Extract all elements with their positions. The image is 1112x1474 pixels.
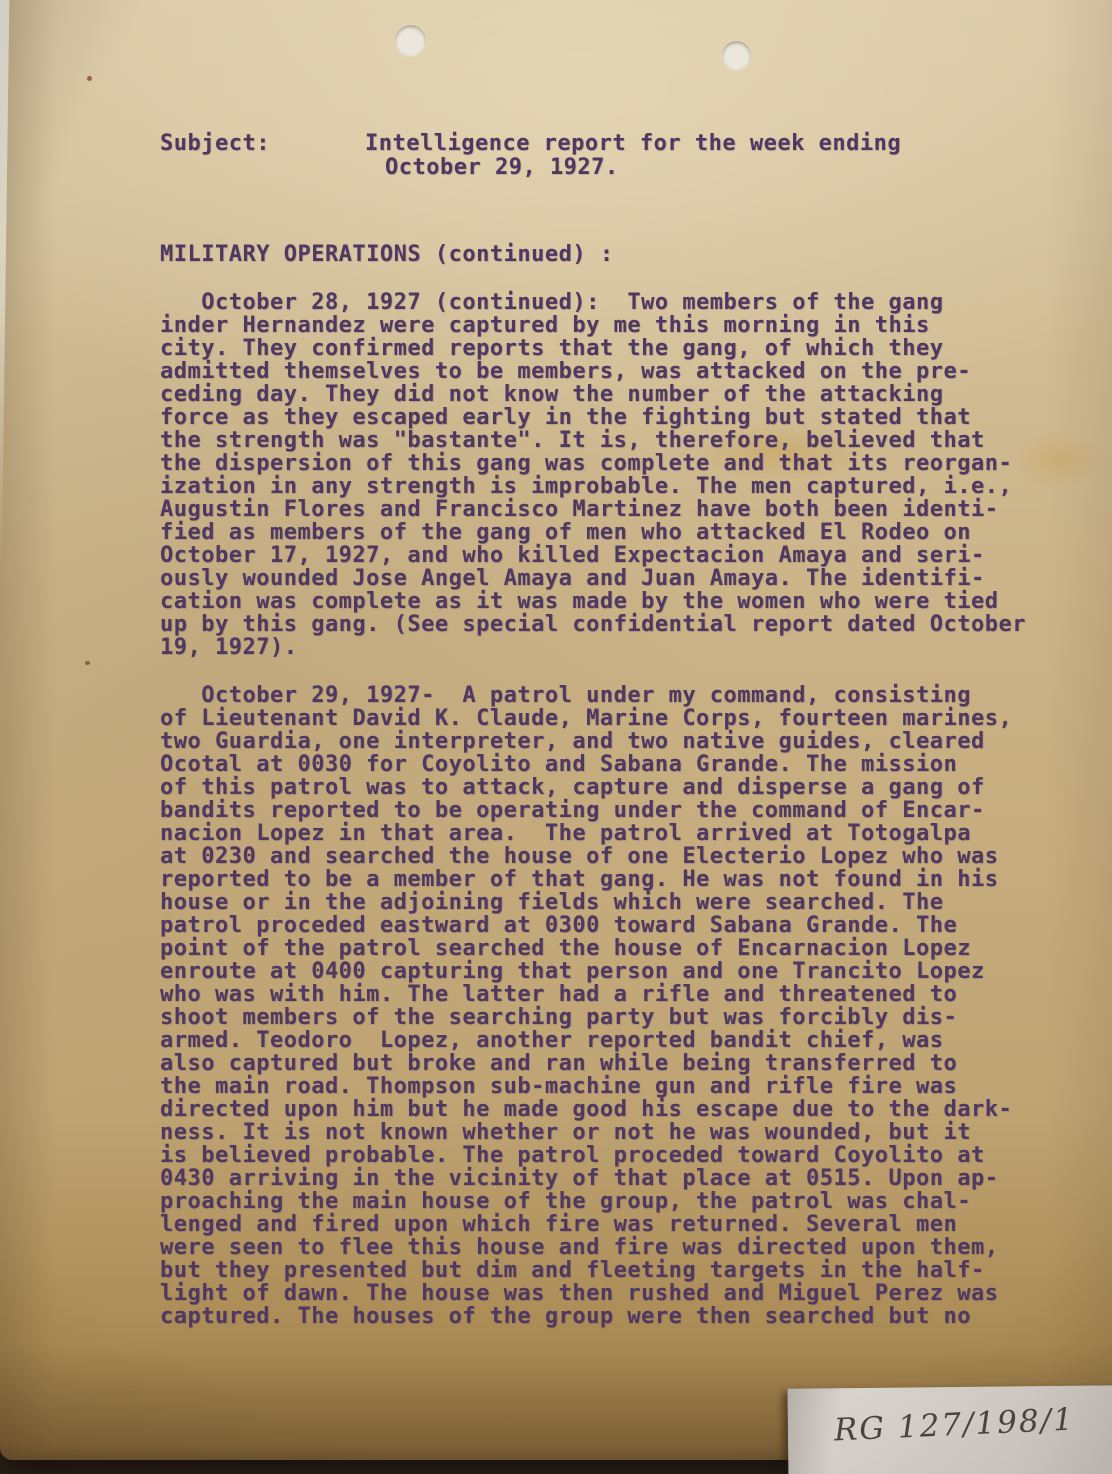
page-corner-edge	[0, 0, 18, 560]
typed-line: ness. It is not known whether or not he …	[160, 1121, 1012, 1144]
typed-line: ously wounded Jose Angel Amaya and Juan …	[160, 567, 1026, 590]
paper-sheet: Subject: Intelligence report for the wee…	[0, 0, 1112, 1460]
typed-line: directed upon him but he made good his e…	[160, 1098, 1012, 1121]
typed-line: Ocotal at 0030 for Coyolito and Sabana G…	[160, 753, 1012, 776]
typed-line: were seen to flee this house and fire wa…	[160, 1236, 1012, 1259]
typed-line: the strength was "bastante". It is, ther…	[160, 429, 1026, 452]
archive-tag-text: RG 127/198/1	[833, 1402, 1075, 1449]
typed-line: bandits reported to be operating under t…	[160, 799, 1012, 822]
section-heading: MILITARY OPERATIONS (continued) :	[160, 243, 614, 266]
ink-speck	[85, 661, 90, 665]
subject-text-line-1: Intelligence report for the week ending	[365, 132, 901, 155]
typed-line: the main road. Thompson sub-machine gun …	[160, 1075, 1012, 1098]
typed-line: ization in any strength is improbable. T…	[160, 475, 1026, 498]
typed-line: October 28, 1927 (continued): Two member…	[160, 291, 1026, 314]
subject-label: Subject:	[160, 132, 270, 155]
typed-line: patrol proceded eastward at 0300 toward …	[160, 914, 1012, 937]
typed-line: enroute at 0400 capturing that person an…	[160, 960, 1012, 983]
typed-line: nacion Lopez in that area. The patrol ar…	[160, 822, 1012, 845]
typed-line: October 17, 1927, and who killed Expecta…	[160, 544, 1026, 567]
typed-line: but they presented but dim and fleeting …	[160, 1259, 1012, 1282]
typed-line: up by this gang. (See special confidenti…	[160, 613, 1026, 636]
typed-line: who was with him. The latter had a rifle…	[160, 983, 1012, 1006]
typed-line: also captured but broke and ran while be…	[160, 1052, 1012, 1075]
typed-line: is believed probable. The patrol procede…	[160, 1144, 1012, 1167]
typed-line: fied as members of the gang of men who a…	[160, 521, 1026, 544]
typed-line: the dispersion of this gang was complete…	[160, 452, 1026, 475]
typed-line: house or in the adjoining fields which w…	[160, 891, 1012, 914]
typed-line: captured. The houses of the group were t…	[160, 1305, 1012, 1328]
paragraph-october-29: October 29, 1927- A patrol under my comm…	[160, 684, 1012, 1328]
typed-line: two Guardia, one interpreter, and two na…	[160, 730, 1012, 753]
paper-crease	[0, 0, 150, 560]
typed-line: 0430 arriving in the vicinity of that pl…	[160, 1167, 1012, 1190]
typed-line: inder Hernandez were captured by me this…	[160, 314, 1026, 337]
typed-line: light of dawn. The house was then rushed…	[160, 1282, 1012, 1305]
typed-line: shoot members of the searching party but…	[160, 1006, 1012, 1029]
punch-hole-right	[722, 41, 751, 70]
typed-line: cation was complete as it was made by th…	[160, 590, 1026, 613]
typed-line: 19, 1927).	[160, 636, 1026, 659]
typed-line: Augustin Flores and Francisco Martinez h…	[160, 498, 1026, 521]
punch-hole-left	[395, 25, 426, 56]
typed-line: lenged and fired upon which fire was ret…	[160, 1213, 1012, 1236]
typed-line: of Lieutenant David K. Claude, Marine Co…	[160, 707, 1012, 730]
paragraph-october-28: October 28, 1927 (continued): Two member…	[160, 291, 1026, 659]
typed-line: city. They confirmed reports that the ga…	[160, 337, 1026, 360]
typed-line: October 29, 1927- A patrol under my comm…	[160, 684, 1012, 707]
typed-line: at 0230 and searched the house of one El…	[160, 845, 1012, 868]
typed-line: force as they escaped early in the fight…	[160, 406, 1026, 429]
ink-speck	[87, 76, 92, 81]
typed-line: reported to be a member of that gang. He…	[160, 868, 1012, 891]
subject-text-line-2: October 29, 1927.	[385, 156, 619, 179]
typed-line: ceding day. They did not know the number…	[160, 383, 1026, 406]
typed-line: armed. Teodoro Lopez, another reported b…	[160, 1029, 1012, 1052]
typed-line: of this patrol was to attack, capture an…	[160, 776, 1012, 799]
archive-tag: RG 127/198/1	[788, 1385, 1112, 1474]
typed-line: admitted themselves to be members, was a…	[160, 360, 1026, 383]
typed-line: proaching the main house of the group, t…	[160, 1190, 1012, 1213]
typed-line: point of the patrol searched the house o…	[160, 937, 1012, 960]
